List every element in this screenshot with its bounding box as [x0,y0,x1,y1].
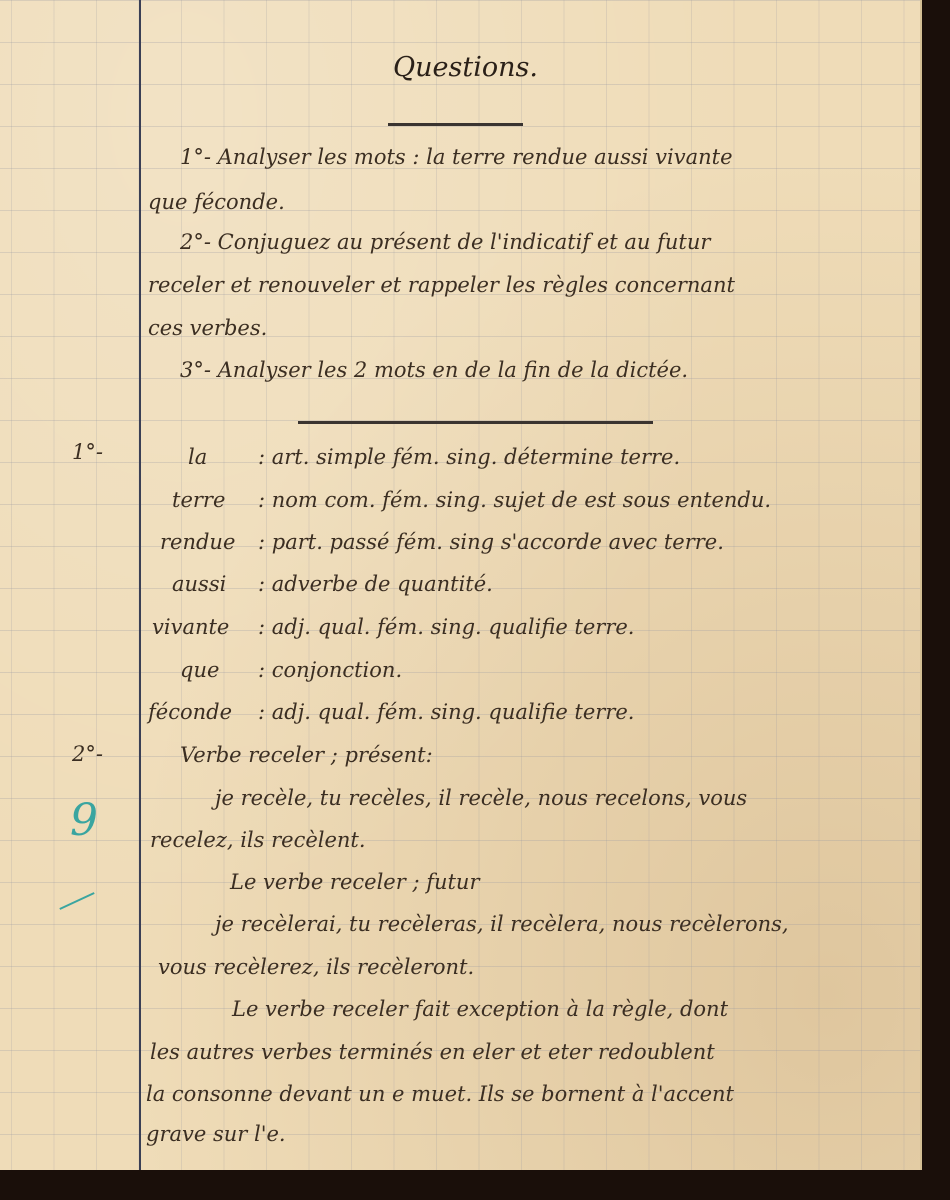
conjugation-line: vous recèlerez, ils recèleront. [158,955,474,979]
analysis-word: que [180,658,219,682]
margin-line [139,0,141,1170]
analysis-word: vivante [152,615,229,639]
rule-text-line: la consonne devant un e muet. Ils se bor… [146,1082,734,1106]
conjugation-line: je recèlerai, tu recèleras, il recèlera,… [215,912,789,936]
section-divider [298,421,653,424]
question-1-line-2: que féconde. [148,190,285,214]
analysis-desc: : nom com. fém. sing. sujet de est sous … [258,488,771,512]
analysis-word: féconde [148,700,232,724]
question-1-line-1: 1°- Analyser les mots : la terre rendue … [180,145,733,169]
answer-marker-2: 2°- [72,742,103,766]
question-2-line-3: ces verbes. [148,316,267,340]
analysis-desc: : part. passé fém. sing s'accorde avec t… [258,530,724,554]
question-2-line-2: receler et renouveler et rappeler les rè… [148,273,735,297]
rule-text-line: les autres verbes terminés en eler et et… [150,1040,715,1064]
notebook-page: Questions. 1°- Analyser les mots : la te… [0,0,922,1170]
title-underline [388,123,523,126]
analysis-word: aussi [172,572,226,596]
teacher-grade-mark: 9 [70,795,98,846]
conjugation-heading-future: Le verbe receler ; futur [230,870,480,894]
analysis-word: terre [172,488,225,512]
analysis-word: la [188,445,207,469]
analysis-desc: : adj. qual. fém. sing. qualifie terre. [258,700,634,724]
analysis-desc: : art. simple fém. sing. détermine terre… [258,445,680,469]
analysis-word: rendue [160,530,235,554]
analysis-desc: : conjonction. [258,658,402,682]
conjugation-line: recelez, ils recèlent. [150,828,366,852]
rule-text-line: grave sur l'e. [146,1122,286,1146]
answer-marker-1: 1°- [72,440,103,464]
page-title: Questions. [393,52,538,83]
question-3: 3°- Analyser les 2 mots en de la fin de … [180,358,688,382]
analysis-desc: : adj. qual. fém. sing. qualifie terre. [258,615,634,639]
conjugation-line: je recèle, tu recèles, il recèle, nous r… [215,786,747,810]
analysis-desc: : adverbe de quantité. [258,572,493,596]
rule-text-line: Le verbe receler fait exception à la règ… [232,997,728,1021]
conjugation-heading-present: Verbe receler ; présent: [180,743,433,767]
question-2-line-1: 2°- Conjuguez au présent de l'indicatif … [180,230,710,254]
